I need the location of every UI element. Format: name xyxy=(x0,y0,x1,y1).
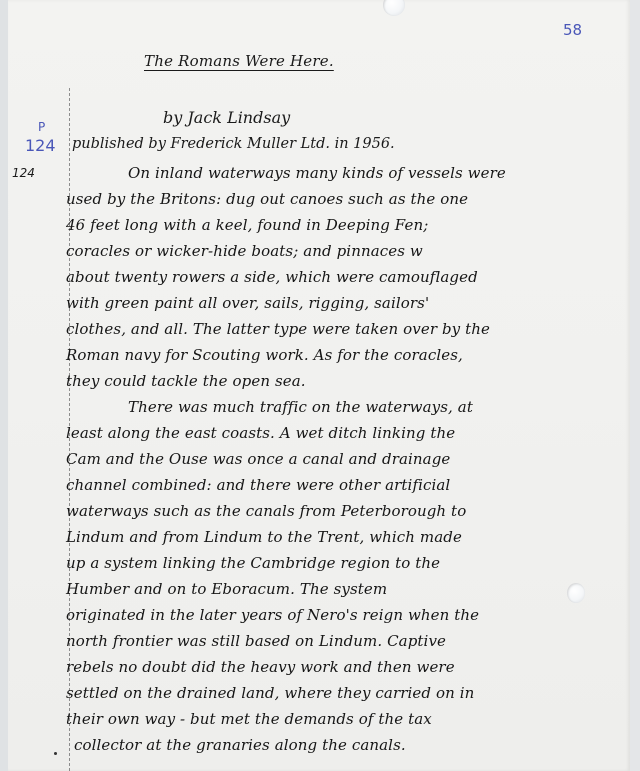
text-line: waterways such as the canals from Peterb… xyxy=(66,498,636,524)
text-line: Lindum and from Lindum to the Trent, whi… xyxy=(66,524,636,550)
margin-note-page-label: P xyxy=(38,120,45,134)
text-line: up a system linking the Cambridge region… xyxy=(66,550,636,576)
text-line: settled on the drained land, where they … xyxy=(66,680,636,706)
text-line: coracles or wicker-hide boats; and pinna… xyxy=(66,238,636,264)
text-line: their own way - but met the demands of t… xyxy=(66,706,636,732)
scan-right-edge xyxy=(630,0,640,771)
text-line: 46 feet long with a keel, found in Deepi… xyxy=(66,212,636,238)
page-number: 58 xyxy=(563,21,582,39)
publisher-line: published by Frederick Muller Ltd. in 19… xyxy=(72,136,395,152)
margin-note-page-number: 124 xyxy=(25,136,56,155)
text-line: originated in the later years of Nero's … xyxy=(66,602,636,628)
text-line: north frontier was still based on Lindum… xyxy=(66,628,636,654)
text-line: collector at the granaries along the can… xyxy=(66,732,636,758)
text-line: about twenty rowers a side, which were c… xyxy=(66,264,636,290)
text-line: Cam and the Ouse was once a canal and dr… xyxy=(66,446,636,472)
text-line: used by the Britons: dug out canoes such… xyxy=(66,186,636,212)
text-line: channel combined: and there were other a… xyxy=(66,472,636,498)
text-line: least along the east coasts. A wet ditch… xyxy=(66,420,636,446)
text-line: rebels no doubt did the heavy work and t… xyxy=(66,654,636,680)
text-line: clothes, and all. The latter type were t… xyxy=(66,316,636,342)
scan-left-edge xyxy=(0,0,8,771)
paragraph-2: There was much traffic on the waterways,… xyxy=(66,394,636,758)
ink-dot xyxy=(54,752,57,755)
punch-hole-top xyxy=(383,0,405,16)
text-line: Roman navy for Scouting work. As for the… xyxy=(66,342,636,368)
text-line: they could tackle the open sea. xyxy=(66,368,636,394)
margin-note-page-number-dark: 124 xyxy=(12,166,35,180)
text-line: Humber and on to Eboracum. The system xyxy=(66,576,636,602)
text-line: There was much traffic on the waterways,… xyxy=(66,394,636,420)
text-line: with green paint all over, sails, riggin… xyxy=(66,290,636,316)
paragraph-1: On inland waterways many kinds of vessel… xyxy=(66,160,636,394)
author-line: by Jack Lindsay xyxy=(163,108,290,127)
document-page: 58 The Romans Were Here. by Jack Lindsay… xyxy=(8,0,630,771)
handwritten-body: On inland waterways many kinds of vessel… xyxy=(66,160,636,758)
text-line: On inland waterways many kinds of vessel… xyxy=(66,160,636,186)
document-title: The Romans Were Here. xyxy=(144,52,334,70)
